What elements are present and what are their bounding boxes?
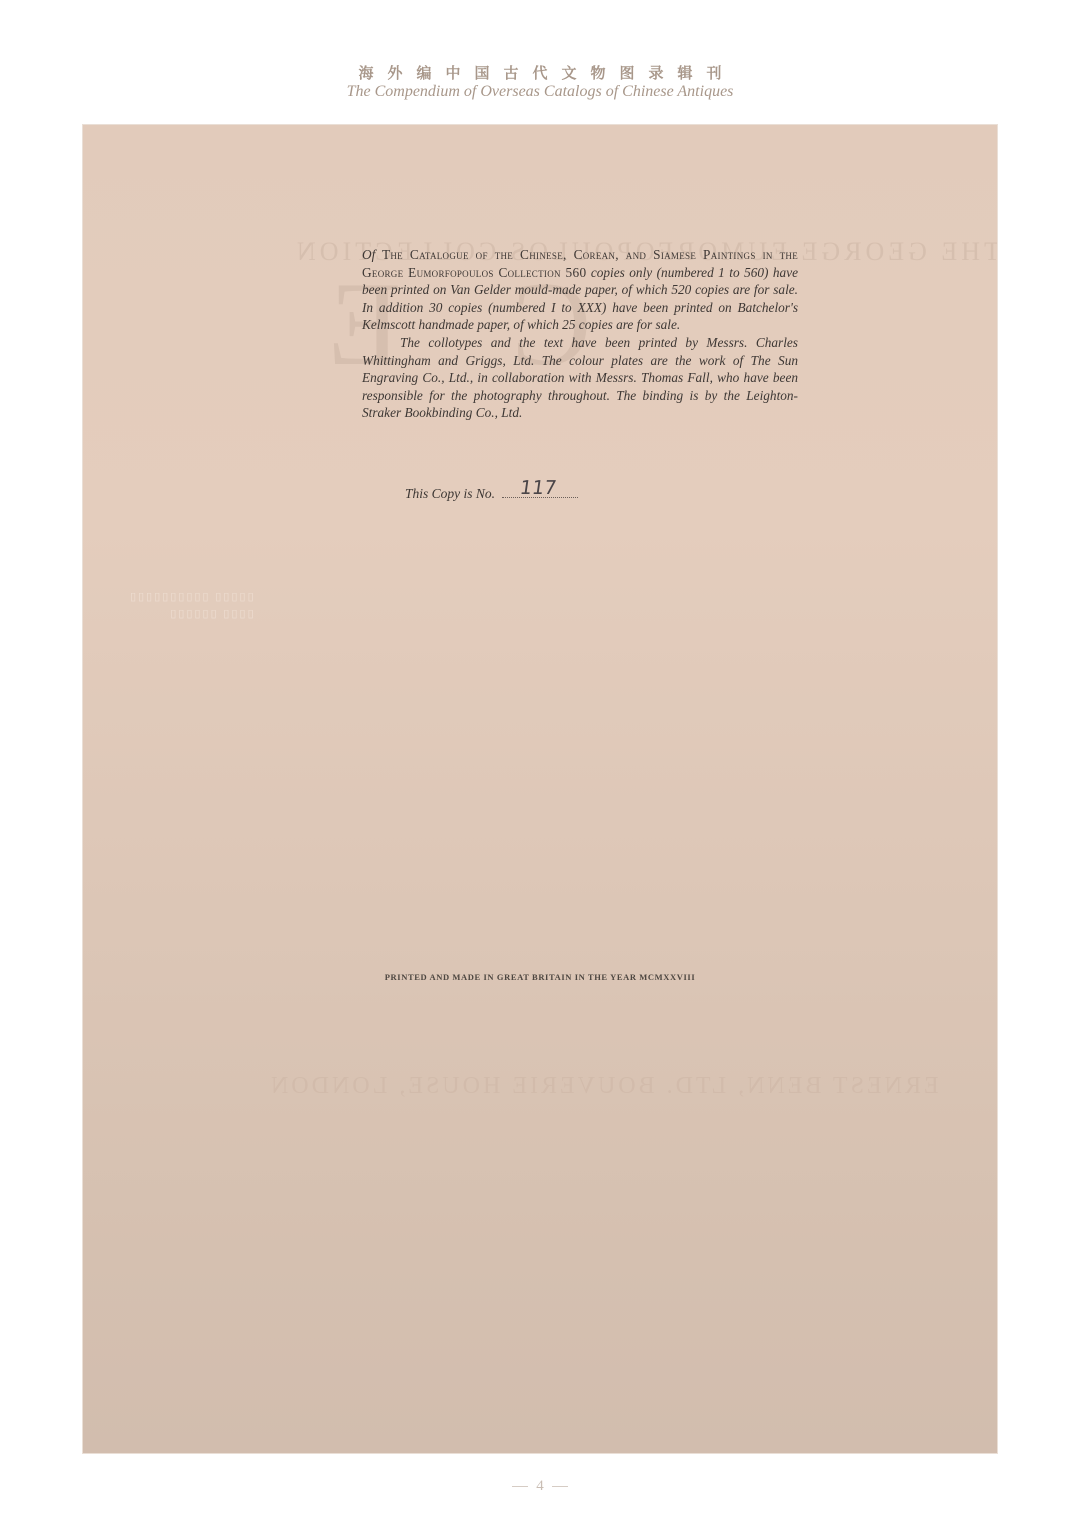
compendium-header: 海外编中国古代文物图录辑刊 The Compendium of Overseas… bbox=[0, 62, 1080, 101]
imprint-line: PRINTED AND MADE IN GREAT BRITAIN IN THE… bbox=[83, 972, 997, 982]
copy-number-line: This Copy is No. 117 bbox=[405, 485, 578, 502]
dash-left bbox=[512, 1486, 528, 1487]
colophon-paragraph-2: The collotypes and the text have been pr… bbox=[362, 334, 798, 422]
page-number: 4 bbox=[0, 1478, 1080, 1495]
bleed-through-publisher: ERNEST BENN, LTD. BOUVERIE HOUSE, LONDON bbox=[268, 1073, 939, 1100]
scanned-page: THE GEORGE EUMORFOPOULOS COLLECTION C E … bbox=[83, 125, 997, 1453]
page-number-value: 4 bbox=[536, 1478, 544, 1494]
copy-number-handwritten: 117 bbox=[519, 477, 558, 499]
embossed-stamp: ▯▯▯▯▯ ▯▯▯▯▯▯▯▯▯▯▯▯▯▯ ▯▯▯▯▯▯ bbox=[128, 589, 254, 623]
dash-right bbox=[552, 1486, 568, 1487]
copy-number-blank: 117 bbox=[502, 485, 578, 498]
colophon-lead-italic: Of bbox=[362, 247, 375, 262]
header-title-chinese: 海外编中国古代文物图录辑刊 bbox=[0, 62, 1080, 84]
copy-number-label: This Copy is No. bbox=[405, 486, 495, 501]
header-title-english: The Compendium of Overseas Catalogs of C… bbox=[0, 83, 1080, 101]
colophon-paragraph-1: Of The Catalogue of the Chinese, Corean,… bbox=[362, 246, 798, 334]
colophon-text: Of The Catalogue of the Chinese, Corean,… bbox=[362, 246, 798, 422]
